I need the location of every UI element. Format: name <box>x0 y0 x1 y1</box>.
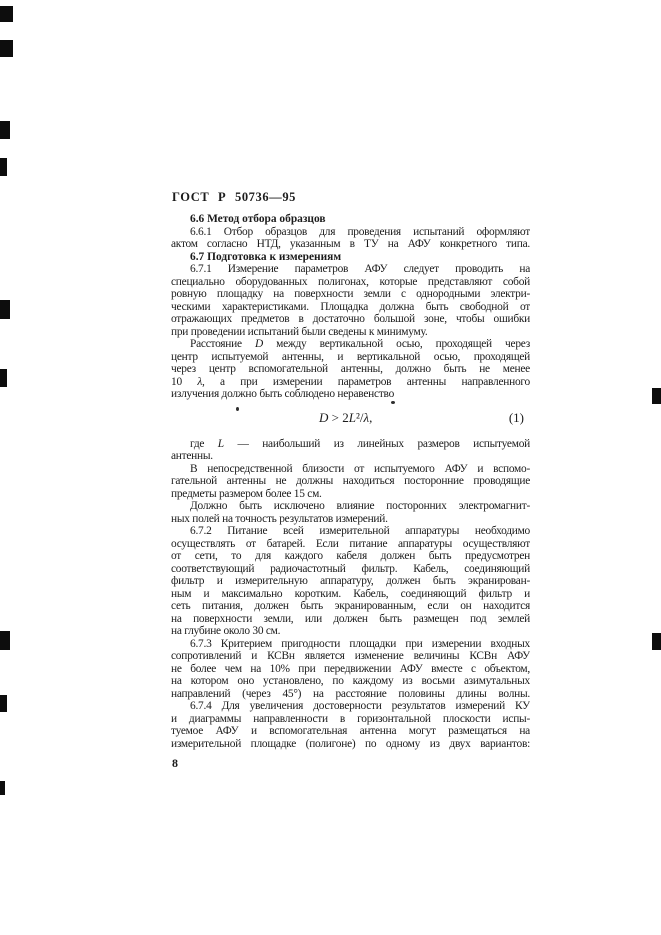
scan-edge-mark <box>0 40 13 57</box>
text-line: ровную площадку на поверхности земли с о… <box>171 288 530 301</box>
text-line: антенны. <box>171 450 530 463</box>
text-line: гательной антенны не должны находиться п… <box>171 475 530 488</box>
scan-edge-mark <box>652 633 661 650</box>
document-text-block: 6.6 Метод отбора образцов6.6.1 Отбор обр… <box>171 213 530 750</box>
scan-edge-mark <box>0 695 7 712</box>
scan-edge-mark <box>0 369 7 387</box>
text-line: осуществлять от батарей. Если питание ап… <box>171 538 530 551</box>
section-heading-line: 6.6 Метод отбора образцов <box>171 213 530 226</box>
text-line: 6.7.1 Измерение параметров АФУ следует п… <box>171 263 530 276</box>
text-line: на котором оно установлено, по каждому и… <box>171 675 530 688</box>
text-line: отражающих предметов в достаточно большо… <box>171 313 530 326</box>
scan-edge-mark <box>0 6 13 22</box>
scan-speckle <box>391 401 395 404</box>
text-line: фильтр и измерительную аппаратуру, долже… <box>171 575 530 588</box>
text-line: через центр вспомогательной антенны, дол… <box>171 363 530 376</box>
text-line: 6.7.3 Критерием пригодности площадки при… <box>171 638 530 651</box>
standard-designation-header: ГОСТ Р 50736—95 <box>172 190 296 205</box>
page-number: 8 <box>172 756 178 771</box>
text-line: Должно быть исключено влияние посторонни… <box>171 500 530 513</box>
text-line: соответствующий радиочастотный фильтр. К… <box>171 563 530 576</box>
scan-speckle <box>236 407 239 411</box>
text-line: предметы размером более 15 см. <box>171 488 530 501</box>
text-line: измерительной площадке (полигоне) по одн… <box>171 738 530 751</box>
text-line: от сети, то для каждого кабеля должен бы… <box>171 550 530 563</box>
text-line: специально оборудованных полигонах, кото… <box>171 276 530 289</box>
scan-edge-mark <box>652 388 661 404</box>
text-line: 6.6.1 Отбор образцов для проведения испы… <box>171 226 530 239</box>
text-line: и диаграммы направленности в горизонталь… <box>171 713 530 726</box>
section-heading-line: 6.7 Подготовка к измерениям <box>171 251 530 264</box>
text-line: не более чем на 10% при передвижении АФУ… <box>171 663 530 676</box>
text-line: 6.7.2 Питание всей измерительной аппарат… <box>171 525 530 538</box>
formula: D > 2L²/λ, <box>319 410 372 426</box>
text-line: на глубине около 30 см. <box>171 625 530 638</box>
text-line: туемое АФУ и вспомогательная антенна мог… <box>171 725 530 738</box>
text-line: излучения должно быть соблюдено неравенс… <box>171 388 530 401</box>
text-line: 6.7.4 Для увеличения достоверности резул… <box>171 700 530 713</box>
text-line: ных полей на точность результатов измере… <box>171 513 530 526</box>
text-line: где L — наибольший из линейных размеров … <box>171 438 530 451</box>
scanned-document-page: ГОСТ Р 50736—95 6.6 Метод отбора образцо… <box>0 0 661 935</box>
text-line: ным и максимально коротким. Кабель, соед… <box>171 588 530 601</box>
text-line: актом согласно НТД, указанным в ТУ на АФ… <box>171 238 530 251</box>
scan-edge-mark <box>0 300 10 319</box>
text-line: Расстояние D между вертикальной осью, пр… <box>171 338 530 351</box>
text-line: сеть питания, должен быть экранированным… <box>171 600 530 613</box>
text-line: направлений (через 45°) на расстояние по… <box>171 688 530 701</box>
text-line: на поверхности земли, или должен быть ра… <box>171 613 530 626</box>
scan-edge-mark <box>0 121 10 139</box>
scan-edge-mark <box>0 158 7 176</box>
scan-edge-mark <box>0 631 10 650</box>
text-line: ческими характеристиками. Площадка должн… <box>171 301 530 314</box>
formula-number: (1) <box>509 410 524 426</box>
scan-edge-mark <box>0 781 5 795</box>
formula-row: D > 2L²/λ,(1) <box>171 410 530 426</box>
text-line: сопротивлений и КСВн является изменение … <box>171 650 530 663</box>
text-line: В непосредственной близости от испытуемо… <box>171 463 530 476</box>
text-line: центр испытуемой антенны, и вертикальной… <box>171 351 530 364</box>
text-line: 10 λ, а при измерении параметров антенны… <box>171 376 530 389</box>
text-line: при проведении испытаний были сведены к … <box>171 326 530 339</box>
